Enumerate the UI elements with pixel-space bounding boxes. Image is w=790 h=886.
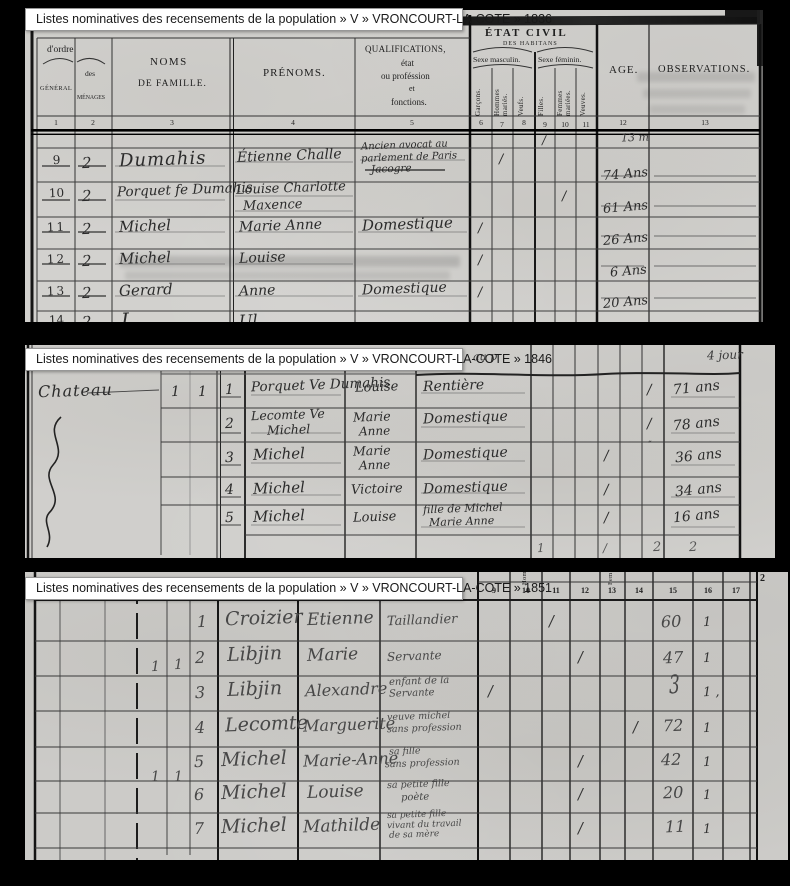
row-family-name: Michel	[253, 508, 305, 525]
menage-count: 1	[174, 770, 183, 784]
col-number: 11	[576, 120, 596, 129]
row-count-mark: 1	[703, 756, 712, 769]
row-tick-col-7: /	[499, 153, 504, 166]
partial-row-age: 13 m	[621, 132, 649, 144]
col-number: 12	[575, 586, 595, 595]
row-profession: Servante	[389, 688, 435, 700]
table1846-grid	[25, 345, 775, 558]
row-tick-col-6: /	[478, 222, 483, 235]
row-number: 3	[195, 685, 206, 701]
row-family-name: Michel	[221, 816, 287, 837]
record-caption-1836: Listes nominatives des recensements de l…	[25, 8, 463, 31]
row-number: 6	[194, 787, 205, 803]
row-age: 6 Ans	[610, 263, 648, 279]
col-header-de-famille: DE FAMILLE.	[138, 80, 207, 90]
col-number: 15	[663, 586, 683, 595]
row-tick-col-6: /	[647, 383, 652, 397]
row-profession: Domestique	[423, 410, 508, 427]
col-header-observations: OBSERVATIONS.	[658, 65, 750, 76]
partial-row-first-names: Ul	[239, 313, 258, 322]
row-profession: Marie Anne	[429, 515, 495, 528]
row-profession: Domestique	[423, 480, 508, 497]
row-age: 11	[665, 819, 686, 836]
partial-row-name: L	[121, 310, 135, 322]
col-header-et: et	[409, 85, 415, 93]
col-number: 2	[83, 118, 103, 127]
row-family-name: Michel	[119, 218, 171, 235]
partial-bottom-fragment: 2	[689, 541, 698, 554]
row-first-names: Marie	[353, 444, 391, 458]
row-profession: Domestique	[362, 281, 447, 298]
row-age: 61 Ans	[603, 199, 649, 216]
partial-row-number: 14	[38, 313, 75, 322]
row-number: 3	[225, 451, 234, 465]
menage-count: 1	[174, 658, 183, 672]
row-profession: Servante	[387, 649, 442, 663]
row-age: 42	[661, 752, 682, 769]
row-first-names: Anne	[359, 424, 391, 437]
record-caption-1846: Listes nominatives des recensements de l…	[25, 348, 463, 371]
partial-bottom-fragment: 2	[653, 541, 662, 554]
row-tick-col-12: /	[578, 821, 584, 836]
row-order-number: 10	[38, 186, 75, 199]
row-tick-col-4: /	[604, 511, 609, 525]
row-first-names: Marguerite	[303, 715, 396, 734]
row-tick-col-4: /	[604, 449, 609, 463]
row-menage: 2	[82, 286, 92, 301]
row-tick-col-9: /	[488, 684, 494, 699]
col-header-menages: MÉNAGES	[77, 96, 105, 102]
row-first-names: Marie	[307, 646, 359, 665]
row-count-mark: 1 ,	[703, 686, 720, 700]
row-number: 4	[225, 483, 234, 497]
col-number: 5	[402, 118, 422, 127]
row-number: 7	[194, 821, 205, 837]
row-count-mark: 1	[703, 616, 712, 629]
scan-panel-1851: 9 10 11 12 13 14 15 16 17 Hom Fem 2 1 1 …	[25, 572, 788, 860]
row-profession: Jacogre	[371, 163, 412, 175]
col-number: 3	[162, 118, 182, 127]
row-age: 3	[669, 674, 681, 700]
row-number: 4	[195, 720, 206, 736]
row-menage: 2	[82, 254, 92, 269]
row-profession: sans profession	[385, 758, 460, 770]
col-number: 6	[471, 118, 491, 127]
record-caption-1851: Listes nominatives des recensements de l…	[25, 577, 463, 600]
row-ditto-mark: ″	[648, 441, 652, 451]
row-menage: 2	[82, 222, 92, 237]
col-header-etat: état	[401, 59, 414, 68]
row-age: 60	[661, 614, 682, 631]
row-first-names: Mathilde	[303, 817, 381, 837]
row-tick-col-4: /	[604, 483, 609, 497]
row-family-name: Michel	[253, 480, 305, 497]
row-number: 2	[225, 417, 234, 431]
row-first-names: Étienne Challe	[237, 147, 342, 165]
corner-fragment: 2	[760, 574, 765, 584]
row-profession: Domestique	[362, 215, 453, 233]
row-first-names: Louise Charlotte	[236, 180, 346, 197]
partial-bottom-fragment: 1	[537, 542, 545, 554]
row-age: 26 Ans	[603, 231, 649, 248]
row-profession: de sa mère	[389, 830, 440, 841]
row-first-names: Anne	[239, 283, 276, 298]
row-number: 5	[225, 511, 234, 525]
row-first-names: Marie	[353, 410, 391, 424]
row-family-name: Gerard	[119, 282, 173, 299]
col-number: 17	[726, 586, 746, 595]
row-order-number: 12	[38, 252, 75, 265]
col-header-veuves: Veuves.	[579, 70, 587, 116]
row-number: 1	[197, 614, 208, 630]
col-header-des: des	[85, 70, 95, 78]
row-profession: sans profession	[387, 723, 462, 735]
col-header-profession: ou proféssion	[381, 72, 430, 81]
row-tick-col-6: /	[478, 254, 483, 267]
col-header-qualifications: QUALIFICATIONS,	[365, 45, 446, 54]
row-menage: 2	[82, 156, 92, 171]
col-number: 9	[535, 120, 555, 129]
col-number: 8	[514, 118, 534, 127]
col-number: 1	[46, 118, 66, 127]
row-family-name: Michel	[221, 782, 287, 803]
row-profession: Rentière	[423, 378, 485, 394]
col-header-femmes-mariees: Femmes mariées.	[556, 70, 573, 116]
row-first-names: Etienne	[307, 610, 374, 629]
col-header-femmes-fragment: Fem	[607, 572, 614, 585]
row-profession: Taillandier	[387, 613, 458, 628]
col-header-garcons: Garçons.	[474, 70, 482, 116]
row-first-names: Victoire	[351, 482, 403, 497]
partial-bottom-fragment: /	[603, 542, 607, 554]
section-header-etat-civil: ÉTAT CIVIL	[485, 28, 568, 39]
row-family-name: Lecomte Ve	[251, 408, 325, 423]
row-first-names: Louise	[307, 783, 364, 802]
row-menage: 2	[82, 189, 92, 204]
col-header-prenoms: PRÉNOMS.	[263, 68, 326, 79]
row-first-names: Marie Anne	[239, 218, 322, 235]
col-header-noms: NOMS	[150, 57, 188, 68]
row-first-names: Maxence	[243, 198, 303, 213]
household-brace	[46, 417, 61, 547]
row-tick-col-11: /	[549, 614, 555, 629]
row-profession: veuve michel	[387, 711, 451, 723]
row-number: 2	[195, 650, 206, 666]
row-family-name: Michel	[221, 749, 287, 770]
row-tick-col-6: /	[478, 286, 483, 299]
col-number: 12	[613, 118, 633, 127]
row-age: 47	[663, 650, 684, 667]
row-count-mark: 1	[703, 722, 712, 735]
col-number: 4	[283, 118, 303, 127]
col-header-veufs: Veufs.	[517, 70, 525, 116]
row-number: 5	[194, 754, 205, 770]
row-profession: enfant de la	[389, 676, 450, 688]
col-number: 10	[555, 120, 575, 129]
row-tick-col-12: /	[578, 650, 584, 665]
row-order-number: 9	[38, 153, 75, 166]
col-number: 13	[695, 118, 715, 127]
scan-panel-1836: d'ordre des GÉNÉRAL MÉNAGES NOMS DE FAMI…	[25, 10, 763, 322]
location-label: Chateau	[38, 382, 113, 401]
row-profession: poète	[401, 793, 430, 804]
row-profession: sa fille	[389, 746, 421, 757]
col-header-fonctions: fonctions.	[391, 98, 427, 107]
row-age: 74 Ans	[603, 166, 649, 183]
row-tick-col-10: /	[562, 190, 567, 203]
row-family-name: Croizier	[225, 608, 303, 630]
col-number: 13	[602, 586, 622, 595]
col-header-sexe-feminin: Sexe féminin.	[538, 56, 581, 64]
row-family-name: Dumahis	[119, 149, 207, 170]
section-header-des-habitans: DES HABITANS	[503, 41, 558, 47]
partial-row-menage: 2	[82, 315, 92, 322]
col-number: 7	[492, 120, 512, 129]
row-age: 72	[663, 718, 684, 735]
house-count: 1	[151, 770, 160, 784]
house-count: 1	[171, 385, 180, 399]
row-age: 20 Ans	[603, 294, 649, 311]
menage-count: 1	[198, 385, 207, 399]
row-count-mark: 1	[703, 789, 712, 802]
partial-top-fragment: 4 jour	[707, 348, 743, 361]
row-tick-col-14: /	[633, 720, 639, 735]
row-family-name: Michel	[119, 250, 171, 267]
row-first-names: Alexandre	[305, 681, 388, 700]
col-header-filles: Filles.	[537, 70, 545, 116]
row-tick-col-6: /	[647, 417, 652, 431]
row-tick-col-12: /	[578, 754, 584, 769]
row-number: 1	[225, 383, 234, 397]
col-header-dordre: d'ordre	[47, 46, 74, 56]
col-number: 14	[629, 586, 649, 595]
row-count-mark: 1	[703, 823, 712, 836]
row-first-names: Louise	[239, 250, 286, 266]
row-order-number: 13	[38, 284, 75, 297]
row-family-name: Michel	[253, 446, 305, 463]
col-number: 16	[698, 586, 718, 595]
house-count: 1	[151, 660, 160, 674]
partial-row-tick: /	[542, 134, 546, 146]
row-profession: sa petite fille	[387, 779, 450, 791]
row-family-name: Libjin	[227, 679, 283, 700]
col-header-hommes-maries: Hommes mariés.	[493, 70, 510, 116]
col-header-age: AGE.	[609, 65, 638, 76]
row-age: 20	[663, 785, 684, 802]
row-family-name: Michel	[267, 423, 311, 437]
col-header-general: GÉNÉRAL	[40, 86, 72, 92]
col-header-sexe-masculin: Sexe masculin.	[473, 56, 520, 64]
row-family-name: Lecomte	[225, 714, 308, 736]
row-count-mark: 1	[703, 652, 712, 665]
row-family-name: Libjin	[227, 644, 283, 665]
row-order-number: 11	[38, 220, 75, 233]
screenshot-stage: d'ordre des GÉNÉRAL MÉNAGES NOMS DE FAMI…	[0, 0, 790, 886]
row-first-names: Anne	[359, 458, 391, 471]
row-tick-col-12: /	[578, 787, 584, 802]
row-first-names: Louise	[353, 510, 397, 525]
row-profession: Domestique	[423, 446, 508, 463]
scan-panel-1846: au p 4 jour Chateau 1 1 1 2 3 4 5 Porque…	[25, 345, 775, 558]
